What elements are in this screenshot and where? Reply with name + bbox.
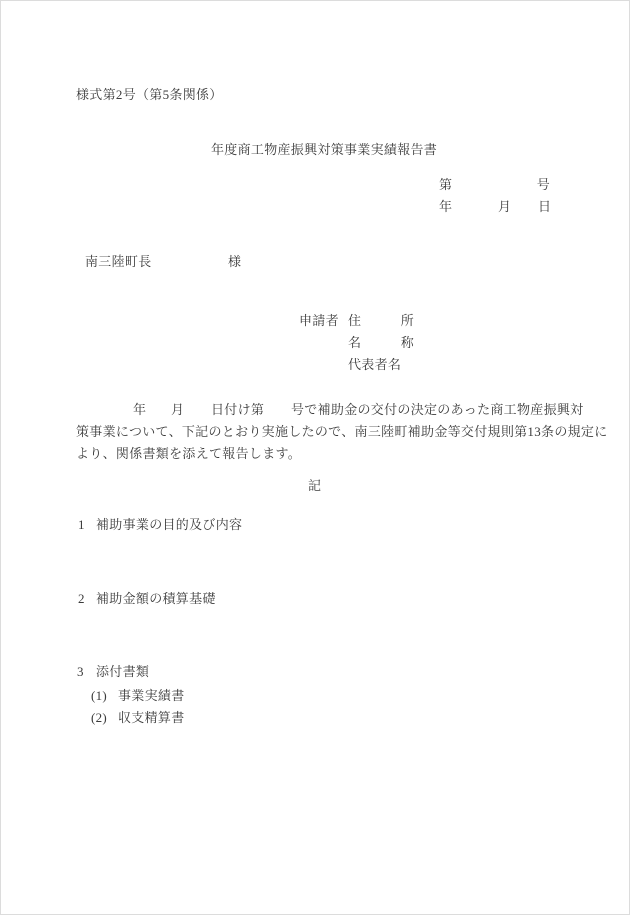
page-title: 年度商工物産振興対策事業実績報告書 (211, 143, 437, 157)
body-line-1-rest: 号で補助金の交付の決定のあった商工物産振興対 (291, 403, 583, 417)
applicant-name-label-right: 称 (401, 336, 414, 350)
date-day-label: 日 (538, 200, 551, 214)
list-subitem-1-number: (1) (91, 689, 107, 703)
list-item-2: 2 補助金額の積算基礎 (78, 592, 378, 606)
list-item-3-text: 添付書類 (96, 665, 149, 679)
list-subitem-2-number: (2) (91, 711, 107, 725)
record-marker: 記 (308, 479, 321, 493)
applicant-address-label: 住 所 (348, 314, 414, 328)
body-line-2: 策事業について、下記のとおり実施したので、南三陸町補助金等交付規則第13条の規定… (76, 425, 608, 439)
date-month-label: 月 (498, 200, 511, 214)
list-item-2-text: 補助金額の積算基礎 (96, 592, 216, 606)
addressee-title: 南三陸町長 (85, 255, 152, 269)
applicant-label: 申請者 (299, 314, 339, 328)
list-item-2-number: 2 (78, 592, 85, 606)
applicant-representative-label: 代表者名 (348, 358, 401, 372)
addressee-honorific: 様 (228, 255, 241, 269)
body-year-label: 年 (133, 403, 146, 417)
doc-number-suffix: 号 (537, 178, 550, 192)
list-item-3-number: 3 (77, 665, 84, 679)
date-line: 年 月 日 (439, 200, 551, 214)
list-subitem-1-text: 事業実績書 (118, 689, 185, 703)
date-year-label: 年 (439, 200, 452, 214)
doc-number-prefix: 第 (439, 178, 452, 192)
applicant-name-label: 名 称 (348, 336, 414, 350)
applicant-name-label-left: 名 (348, 336, 361, 350)
list-item-1-text: 補助事業の目的及び内容 (96, 518, 242, 532)
form-label: 様式第2号（第5条関係） (76, 88, 223, 102)
list-subitem-2: (2) 収支精算書 (91, 711, 391, 725)
body-date-phrase: 日付け第 (211, 403, 264, 417)
body-line-1: 年 月 日付け第 号で補助金の交付の決定のあった商工物産振興対 (133, 403, 593, 417)
body-line-3: より、関係書類を添えて報告します。 (76, 447, 301, 461)
applicant-address-label-left: 住 (348, 314, 361, 328)
addressee-line: 南三陸町長 様 (85, 255, 255, 269)
doc-number-line: 第 号 (439, 178, 550, 192)
list-subitem-2-text: 収支精算書 (118, 711, 185, 725)
list-subitem-1: (1) 事業実績書 (91, 689, 391, 703)
list-item-3: 3 添付書類 (77, 665, 377, 679)
body-month-label: 月 (171, 403, 184, 417)
list-item-1-number: 1 (78, 518, 85, 532)
applicant-address-label-right: 所 (401, 314, 414, 328)
document-page: 様式第2号（第5条関係） 年度商工物産振興対策事業実績報告書 第 号 年 月 日… (0, 0, 630, 915)
list-item-1: 1 補助事業の目的及び内容 (78, 518, 378, 532)
